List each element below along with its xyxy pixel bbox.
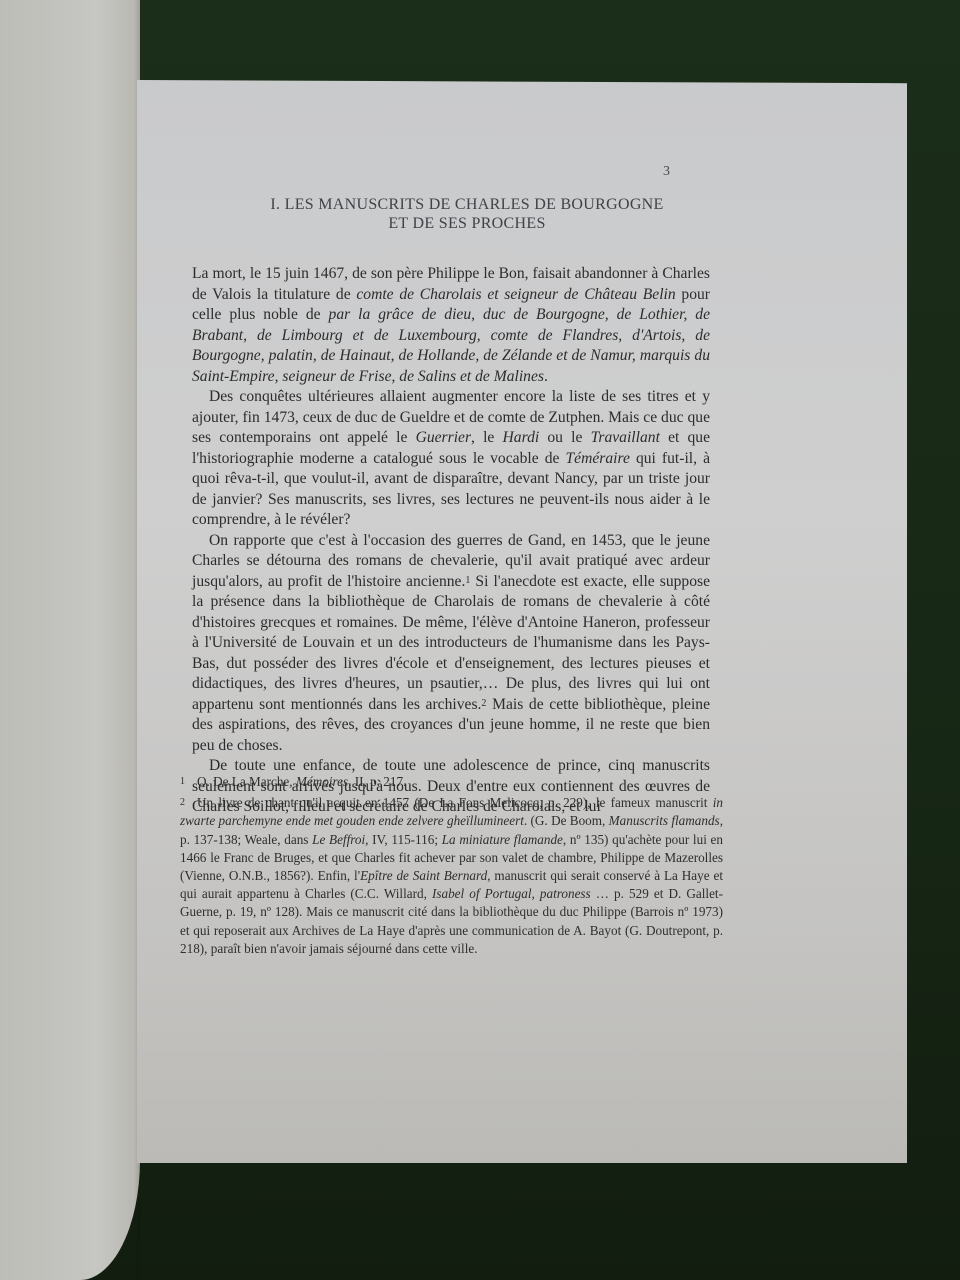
chapter-title: I. LES MANUSCRITS DE CHARLES DE BOURGOGN…	[192, 195, 742, 233]
footnote-reference: 1	[465, 575, 470, 586]
text-run: Manuscrits flamands	[609, 813, 720, 828]
text-run: , le	[471, 429, 503, 446]
text-run: Guerrier	[416, 429, 471, 446]
footnote-reference: 2	[481, 698, 486, 709]
page-number: 3	[663, 164, 670, 180]
text-run: Mémoires	[296, 774, 348, 789]
book-page: 3 I. LES MANUSCRITS DE CHARLES DE BOURGO…	[137, 80, 907, 1163]
text-run: , II, p. 217.	[348, 774, 406, 789]
body-text: La mort, le 15 juin 1467, de son père Ph…	[192, 264, 710, 818]
text-run: Si l'anecdote est exacte, elle suppose l…	[192, 573, 710, 713]
chapter-title-line-1: I. LES MANUSCRITS DE CHARLES DE BOURGOGN…	[192, 195, 742, 214]
paragraph: On rapporte que c'est à l'occasion des g…	[192, 531, 710, 757]
text-run: Epître de Saint Bernard	[360, 868, 487, 883]
text-run: La miniature flamande	[442, 832, 563, 847]
footnote-mark: 1	[180, 773, 197, 791]
footnotes: 1O. De La Marche, Mémoires, II, p. 217. …	[180, 773, 723, 961]
text-run: ou le	[539, 429, 590, 446]
text-run: . (G. De Boom,	[524, 813, 609, 828]
footnote-1: 1O. De La Marche, Mémoires, II, p. 217.	[180, 773, 723, 791]
text-run: comte de Charolais et seigneur de Châtea…	[356, 286, 675, 303]
facing-page-edge	[0, 0, 140, 1280]
footnote-text: O. De La Marche, Mémoires, II, p. 217.	[197, 774, 406, 789]
paragraph: La mort, le 15 juin 1467, de son père Ph…	[192, 264, 710, 387]
footnote-2: 2Un livre de chant qu'il acquit en 1457 …	[180, 794, 723, 958]
text-run: Isabel of Portugal, patroness	[432, 886, 591, 901]
text-run: Téméraire	[565, 450, 629, 467]
text-run: Travaillant	[591, 429, 660, 446]
text-run: Hardi	[503, 429, 540, 446]
text-run: Un livre de chant qu'il acquit en 1457 (…	[197, 795, 713, 810]
text-run: O. De La Marche,	[197, 774, 296, 789]
text-run: .	[544, 368, 548, 385]
footnote-text: Un livre de chant qu'il acquit en 1457 (…	[180, 795, 723, 956]
paragraph: Des conquêtes ultérieures allaient augme…	[192, 387, 710, 531]
text-run: , IV, 115-116;	[365, 832, 442, 847]
chapter-title-line-2: ET DE SES PROCHES	[192, 214, 742, 233]
text-run: Le Beffroi	[312, 832, 365, 847]
footnote-mark: 2	[180, 794, 197, 812]
